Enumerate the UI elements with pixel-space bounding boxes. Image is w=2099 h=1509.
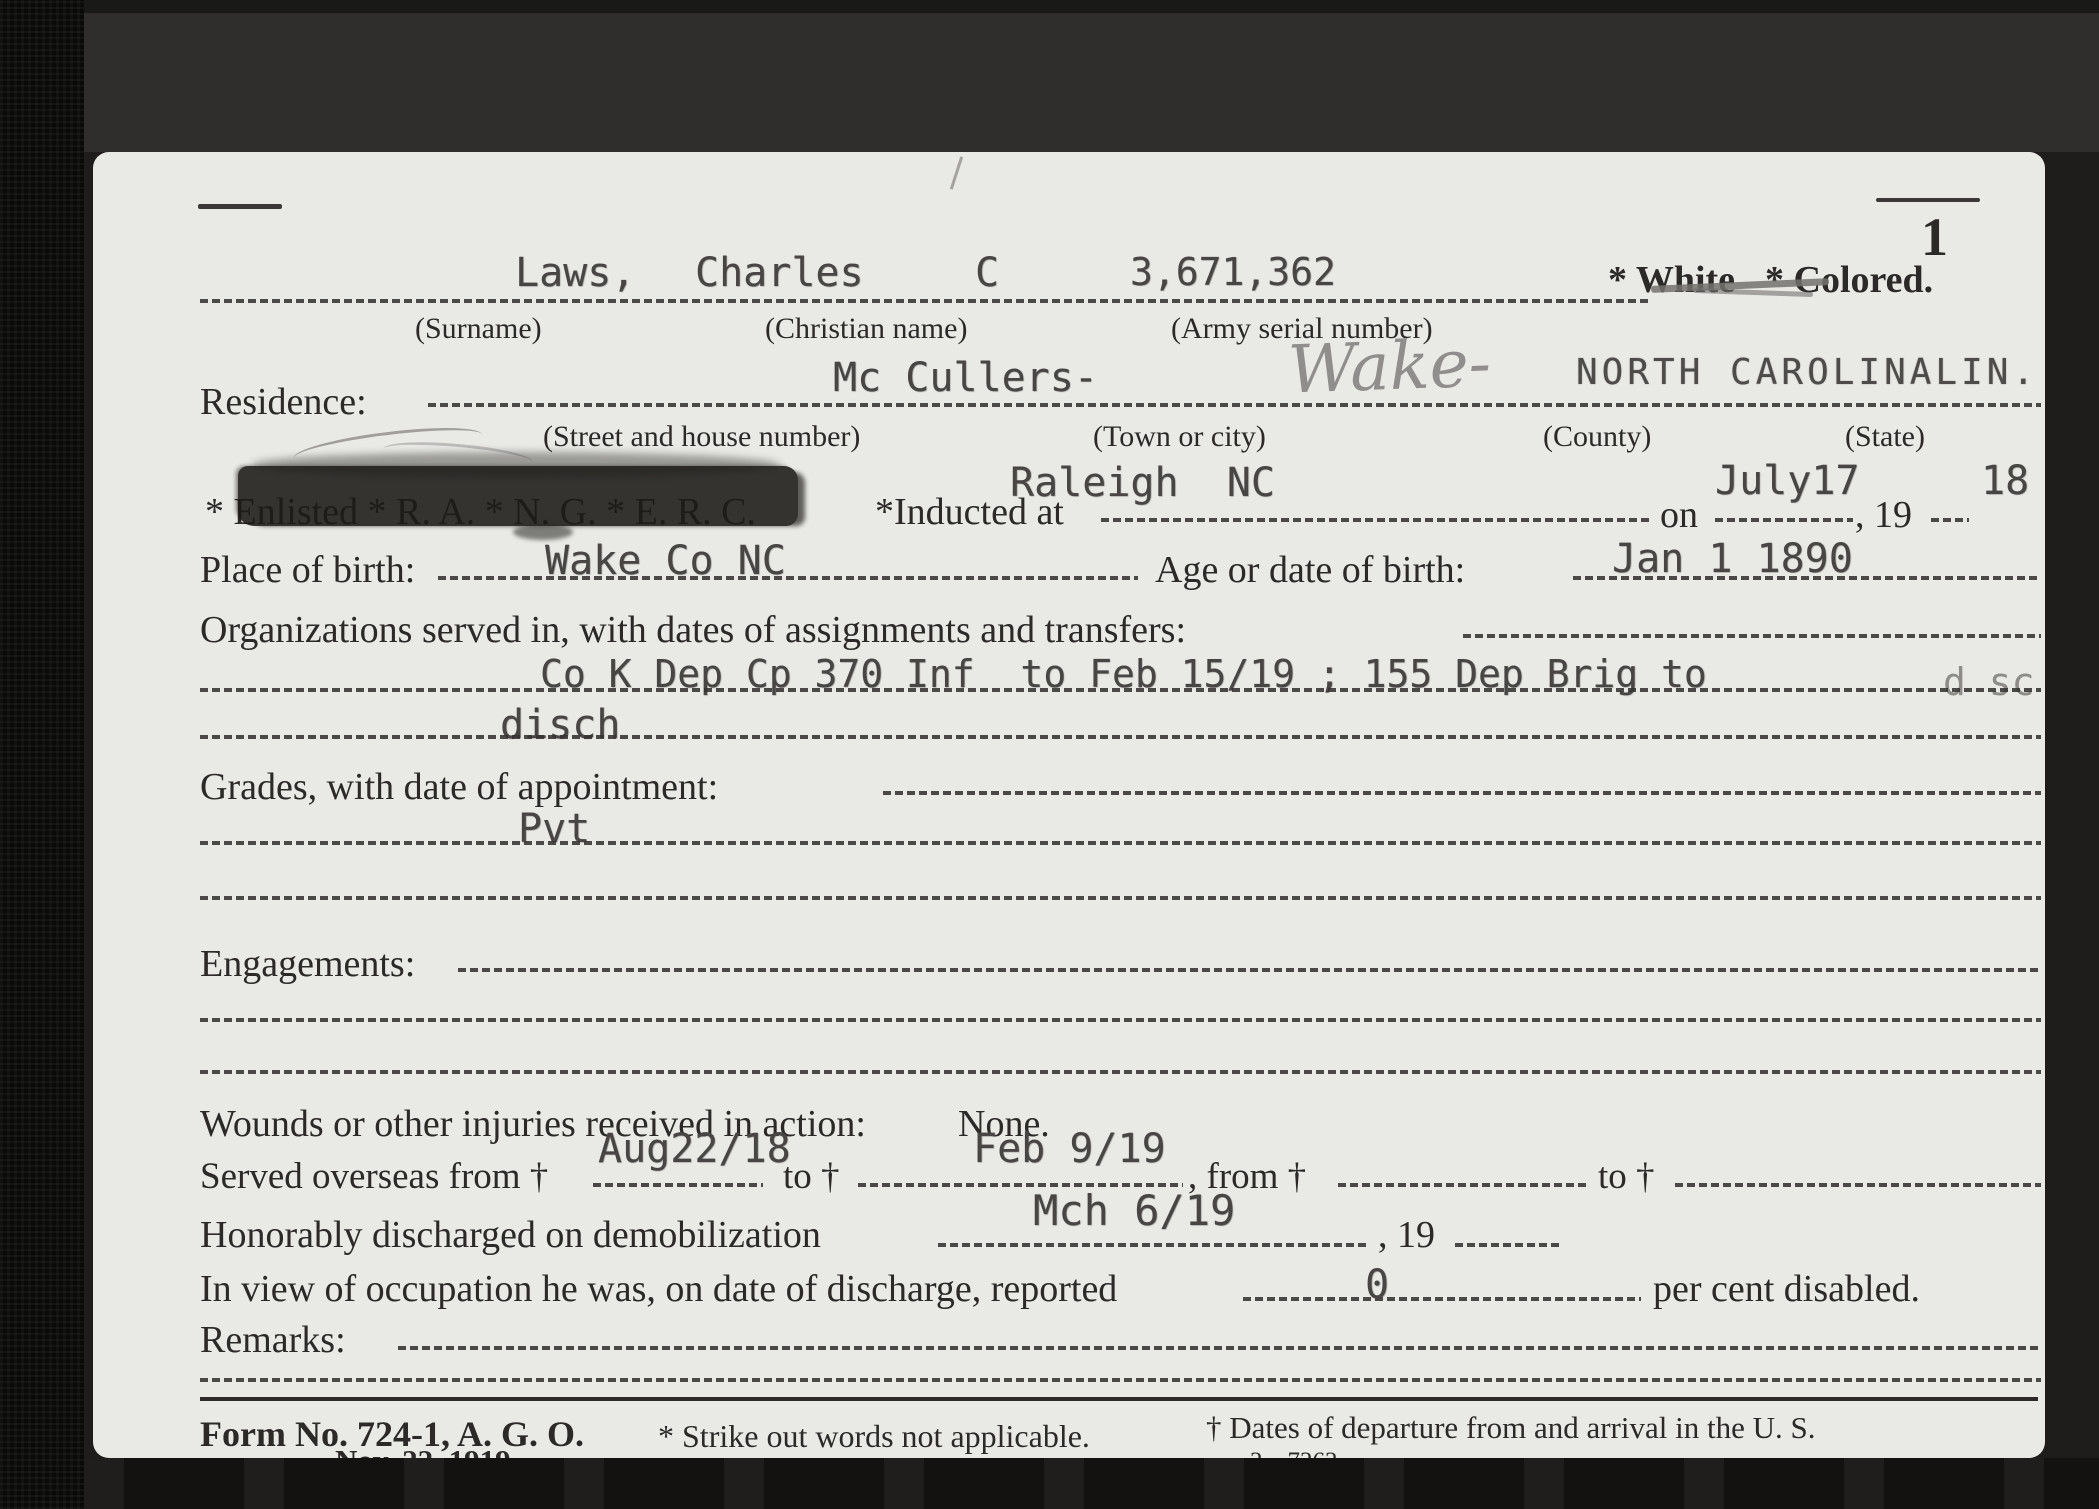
overseas-from1-value: Aug22/18 xyxy=(598,1126,791,1172)
dotted-rule xyxy=(1675,1183,2041,1187)
town-label: (Town or city) xyxy=(1093,420,1266,454)
engagements-label: Engagements: xyxy=(200,942,415,986)
form-date: Nov. 22, 1919. xyxy=(335,1443,518,1458)
dotted-rule xyxy=(938,1243,1368,1247)
dotted-rule xyxy=(200,688,2041,692)
induction-year-value: 18 xyxy=(1981,458,2029,504)
ink-blot xyxy=(238,466,798,526)
scan-top-band xyxy=(84,0,2099,152)
place-of-birth-label: Place of birth: xyxy=(200,548,415,592)
place-of-birth-value: Wake Co NC xyxy=(545,538,786,584)
disability-value: 0 xyxy=(1365,1262,1389,1308)
print-code: 2—7262 xyxy=(1250,1448,1338,1458)
scan-bottom-band xyxy=(84,1458,2099,1509)
dotted-rule xyxy=(200,896,2041,900)
discharge-label: Honorably discharged on demobilization xyxy=(200,1213,821,1257)
dotted-rule xyxy=(1931,518,1969,522)
grades-label: Grades, with date of appointment: xyxy=(200,765,718,809)
christian-name-label: (Christian name) xyxy=(765,312,967,346)
dotted-rule xyxy=(883,791,2041,795)
check-dash xyxy=(198,204,282,209)
page-number-overline xyxy=(1876,198,1980,202)
disability-suffix-label: per cent disabled. xyxy=(1653,1267,1920,1311)
dotted-rule xyxy=(1101,518,1650,522)
dotted-rule xyxy=(428,403,2041,407)
disability-label: In view of occupation he was, on date of… xyxy=(200,1267,1117,1311)
dotted-rule xyxy=(200,1018,2041,1022)
middle-initial-value: C xyxy=(975,250,999,296)
organizations-label: Organizations served in, with dates of a… xyxy=(200,608,1186,652)
dotted-rule xyxy=(438,576,1138,580)
christian-name-value: Charles xyxy=(695,250,864,296)
service-record-card: 1 Laws, Charles C 3,671,362 * White * Co… xyxy=(93,152,2045,1458)
grade-value: Pvt xyxy=(518,806,590,852)
street-label: (Street and house number) xyxy=(543,420,860,454)
overseas-to1-value: Feb 9/19 xyxy=(973,1126,1166,1172)
dotted-rule xyxy=(1243,1297,1641,1301)
organizations-line2-value: disch xyxy=(500,702,620,748)
dotted-rule xyxy=(200,299,1652,303)
dotted-rule xyxy=(1463,634,2041,638)
dotted-rule xyxy=(200,735,2041,739)
remarks-label: Remarks: xyxy=(200,1318,346,1362)
surname-value: Laws, xyxy=(515,250,635,296)
stray-pen-mark xyxy=(950,156,963,189)
race-white-label: * White xyxy=(1608,258,1735,302)
state-label: (State) xyxy=(1845,420,1925,454)
induction-date-value: July17 xyxy=(1715,458,1860,504)
discharge-year-label: , 19 xyxy=(1378,1213,1435,1257)
county-label: (County) xyxy=(1543,420,1651,454)
organizations-line1-faint: d sc xyxy=(1943,660,2035,704)
residence-state-stamp: NORTH CAROLINALIN. xyxy=(1576,352,2038,393)
residence-county-handwritten: Wake- xyxy=(1287,324,1492,408)
dotted-rule xyxy=(1715,518,1853,522)
overseas-label: Served overseas from † xyxy=(200,1155,548,1198)
birth-date-value: Jan 1 1890 xyxy=(1612,536,1853,582)
residence-town-value: Mc Cullers- xyxy=(833,355,1098,401)
induction-place-value: Raleigh NC xyxy=(1010,460,1275,506)
dotted-rule xyxy=(200,1070,2041,1074)
scanned-document-page: { "card": { "page_number": "1", "name_ro… xyxy=(0,0,2099,1509)
strike-out-note: * Strike out words not applicable. xyxy=(658,1418,1090,1455)
scan-top-edge xyxy=(84,0,2099,13)
dotted-rule xyxy=(1455,1243,1560,1247)
dotted-rule xyxy=(200,841,2041,845)
discharge-date-value: Mch 6/19 xyxy=(1033,1186,1235,1235)
on-label: on xyxy=(1660,493,1698,537)
overseas-to2-label: to † xyxy=(1598,1155,1655,1198)
surname-label: (Surname) xyxy=(415,312,542,346)
scan-left-border xyxy=(0,0,84,1509)
dotted-rule xyxy=(593,1183,763,1187)
dotted-rule xyxy=(458,968,2041,972)
year-prefix-label: , 19 xyxy=(1855,493,1912,537)
serial-number-value: 3,671,362 xyxy=(1130,250,1336,294)
age-or-birth-date-label: Age or date of birth: xyxy=(1155,548,1465,592)
dotted-rule xyxy=(398,1346,2041,1350)
dotted-rule xyxy=(1338,1183,1588,1187)
footer-divider-line xyxy=(200,1397,2038,1401)
overseas-to1-label: to † xyxy=(783,1155,840,1198)
departure-dates-note: † Dates of departure from and arrival in… xyxy=(1206,1410,1815,1446)
residence-label: Residence: xyxy=(200,380,367,424)
dotted-rule xyxy=(200,1378,2041,1382)
